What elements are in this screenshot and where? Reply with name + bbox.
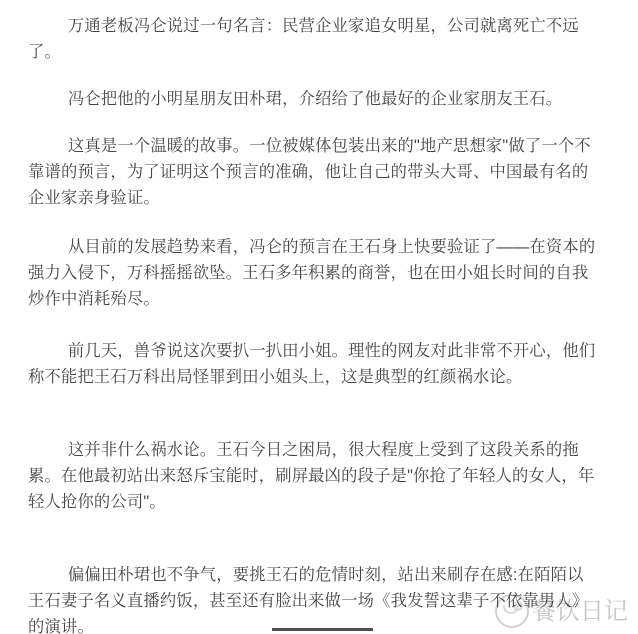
paragraph: 偏偏田朴珺也不争气，要挑王石的危情时刻，站出来刷存在感:在陌陌以王石妻子名义直播… — [28, 562, 596, 634]
paragraph: 这真是一个温暖的故事。一位被媒体包装出来的"地产思想家"做了一个不靠谱的预言，为… — [28, 133, 596, 211]
paragraph: 前几天，兽爷说这次要扒一扒田小姐。理性的网友对此非常不开心，他们称不能把王石万科… — [28, 338, 596, 390]
article-body: 万通老板冯仑说过一句名言：民营企业家追女明星，公司就离死亡不远了。 冯仑把他的小… — [28, 13, 596, 634]
paragraph: 冯仑把他的小明星朋友田朴珺，介绍给了他最好的企业家朋友王石。 — [28, 86, 596, 112]
paragraph: 这并非什么祸水论。王石今日之困局，很大程度上受到了这段关系的拖累。在他最初站出来… — [28, 437, 596, 515]
cropped-image-top-edge — [272, 628, 373, 631]
paragraph: 万通老板冯仑说过一句名言：民营企业家追女明星，公司就离死亡不远了。 — [28, 13, 596, 65]
paragraph: 从目前的发展趋势来看，冯仑的预言在王石身上快要验证了——在资本的强力入侵下，万科… — [28, 234, 596, 312]
article-page: 万通老板冯仑说过一句名言：民营企业家追女明星，公司就离死亡不远了。 冯仑把他的小… — [0, 0, 638, 634]
